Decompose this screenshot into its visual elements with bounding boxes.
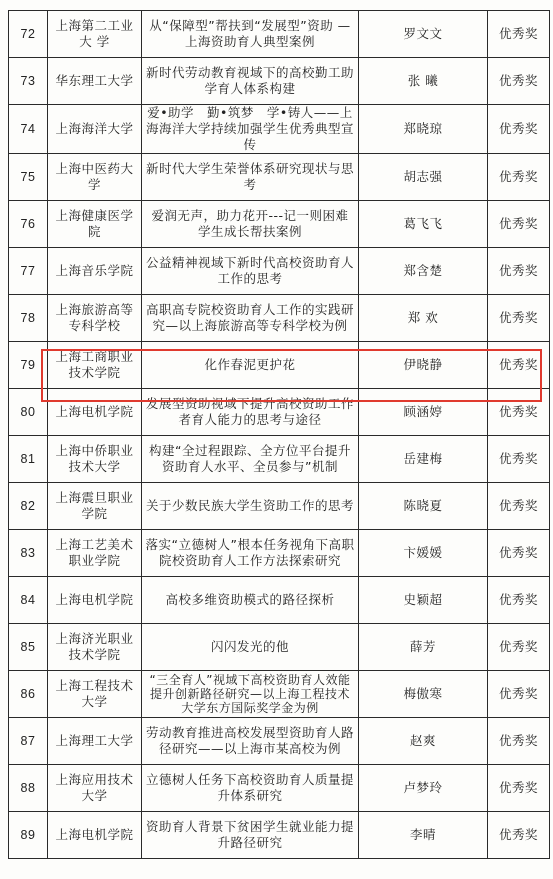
author-name: 李晴: [359, 812, 488, 859]
paper-title: 新时代大学生荣誉体系研究现状与思考: [142, 154, 359, 201]
table-row: 77 上海音乐学院 公益精神视域下新时代高校资助育人工作的思考 郑含楚 优秀奖: [9, 248, 550, 295]
table-row: 83 上海工艺美术职业学院 落实“立德树人”根本任务视角下高职院校资助育人工作方…: [9, 530, 550, 577]
author-name: 郑晓琼: [359, 105, 488, 154]
table-row: 78 上海旅游高等专科学校 高职高专院校资助育人工作的实践研究—以上海旅游高等专…: [9, 295, 550, 342]
award-list-table: 72 上海第二工业大 学 从“保障型”帮扶到“发展型”资助 — 上海资助育人典型…: [8, 10, 550, 859]
school-name: 上海电机学院: [48, 577, 142, 624]
award-level: 优秀奖: [488, 105, 550, 154]
paper-title: “三全育人”视域下高校资助育人效能提升创新路径研究—以上海工程技术大学东方国际奖…: [142, 671, 359, 718]
paper-title: 从“保障型”帮扶到“发展型”资助 — 上海资助育人典型案例: [142, 11, 359, 58]
paper-title: 化作春泥更护花: [142, 342, 359, 389]
award-level: 优秀奖: [488, 671, 550, 718]
row-number: 83: [9, 530, 48, 577]
paper-title: 劳动教育推进高校发展型资助育人路径研究——以上海市某高校为例: [142, 718, 359, 765]
table-row: 87 上海理工大学 劳动教育推进高校发展型资助育人路径研究——以上海市某高校为例…: [9, 718, 550, 765]
author-name: 薛芳: [359, 624, 488, 671]
author-name: 郑 欢: [359, 295, 488, 342]
row-number: 84: [9, 577, 48, 624]
author-name: 葛飞飞: [359, 201, 488, 248]
paper-title: 资助育人背景下贫困学生就业能力提升路径研究: [142, 812, 359, 859]
row-number: 82: [9, 483, 48, 530]
table-row: 84 上海电机学院 高校多维资助模式的路径探析 史颖超 优秀奖: [9, 577, 550, 624]
author-name: 赵爽: [359, 718, 488, 765]
award-level: 优秀奖: [488, 577, 550, 624]
school-name: 上海工程技术大学: [48, 671, 142, 718]
row-number: 89: [9, 812, 48, 859]
school-name: 上海第二工业大 学: [48, 11, 142, 58]
award-level: 优秀奖: [488, 718, 550, 765]
school-name: 华东理工大学: [48, 58, 142, 105]
author-name: 岳建梅: [359, 436, 488, 483]
row-number: 80: [9, 389, 48, 436]
paper-title: 新时代劳动教育视域下的高校勤工助学育人体系构建: [142, 58, 359, 105]
award-level: 优秀奖: [488, 248, 550, 295]
author-name: 卢梦玲: [359, 765, 488, 812]
author-name: 郑含楚: [359, 248, 488, 295]
award-level: 优秀奖: [488, 201, 550, 248]
school-name: 上海中侨职业技术大学: [48, 436, 142, 483]
school-name: 上海海洋大学: [48, 105, 142, 154]
row-number: 72: [9, 11, 48, 58]
paper-title: 落实“立德树人”根本任务视角下高职院校资助育人工作方法探索研究: [142, 530, 359, 577]
school-name: 上海中医药大学: [48, 154, 142, 201]
award-level: 优秀奖: [488, 436, 550, 483]
award-level: 优秀奖: [488, 812, 550, 859]
row-number: 81: [9, 436, 48, 483]
row-number: 87: [9, 718, 48, 765]
author-name: 张 曦: [359, 58, 488, 105]
scanned-document-page: 72 上海第二工业大 学 从“保障型”帮扶到“发展型”资助 — 上海资助育人典型…: [0, 0, 553, 879]
row-number: 77: [9, 248, 48, 295]
author-name: 伊晓静: [359, 342, 488, 389]
paper-title: 公益精神视域下新时代高校资助育人工作的思考: [142, 248, 359, 295]
row-number: 78: [9, 295, 48, 342]
author-name: 梅傲寒: [359, 671, 488, 718]
award-level: 优秀奖: [488, 624, 550, 671]
author-name: 罗文文: [359, 11, 488, 58]
school-name: 上海工艺美术职业学院: [48, 530, 142, 577]
author-name: 史颖超: [359, 577, 488, 624]
table-row: 81 上海中侨职业技术大学 构建“全过程跟踪、全方位平台提升资助育人水平、全员参…: [9, 436, 550, 483]
award-level: 优秀奖: [488, 11, 550, 58]
school-name: 上海工商职业技术学院: [48, 342, 142, 389]
paper-title: 高校多维资助模式的路径探析: [142, 577, 359, 624]
paper-title: 高职高专院校资助育人工作的实践研究—以上海旅游高等专科学校为例: [142, 295, 359, 342]
table-row: 88 上海应用技术大学 立德树人任务下高校资助育人质量提升体系研究 卢梦玲 优秀…: [9, 765, 550, 812]
row-number: 76: [9, 201, 48, 248]
table-row-highlighted: 79 上海工商职业技术学院 化作春泥更护花 伊晓静 优秀奖: [9, 342, 550, 389]
school-name: 上海健康医学院: [48, 201, 142, 248]
paper-title: 爱•助学 勤•筑梦 学•铸人——上海海洋大学持续加强学生优秀典型宣传: [142, 105, 359, 154]
table-row: 86 上海工程技术大学 “三全育人”视域下高校资助育人效能提升创新路径研究—以上…: [9, 671, 550, 718]
award-level: 优秀奖: [488, 154, 550, 201]
paper-title: 闪闪发光的他: [142, 624, 359, 671]
table-row: 80 上海电机学院 发展型资助视域下提升高校资助工作者育人能力的思考与途径 顾涵…: [9, 389, 550, 436]
award-level: 优秀奖: [488, 295, 550, 342]
row-number: 74: [9, 105, 48, 154]
author-name: 卞媛媛: [359, 530, 488, 577]
row-number: 73: [9, 58, 48, 105]
row-number: 79: [9, 342, 48, 389]
award-level: 优秀奖: [488, 530, 550, 577]
table-row: 75 上海中医药大学 新时代大学生荣誉体系研究现状与思考 胡志强 优秀奖: [9, 154, 550, 201]
table-row: 73 华东理工大学 新时代劳动教育视域下的高校勤工助学育人体系构建 张 曦 优秀…: [9, 58, 550, 105]
paper-title: 构建“全过程跟踪、全方位平台提升资助育人水平、全员参与”机制: [142, 436, 359, 483]
award-level: 优秀奖: [488, 342, 550, 389]
author-name: 顾涵婷: [359, 389, 488, 436]
table-row: 82 上海震旦职业学院 关于少数民族大学生资助工作的思考 陈晓夏 优秀奖: [9, 483, 550, 530]
author-name: 胡志强: [359, 154, 488, 201]
paper-title: 发展型资助视域下提升高校资助工作者育人能力的思考与途径: [142, 389, 359, 436]
school-name: 上海理工大学: [48, 718, 142, 765]
paper-title: 爱润无声，助力花开---记一则困难学生成长帮扶案例: [142, 201, 359, 248]
award-level: 优秀奖: [488, 765, 550, 812]
table-row: 89 上海电机学院 资助育人背景下贫困学生就业能力提升路径研究 李晴 优秀奖: [9, 812, 550, 859]
row-number: 86: [9, 671, 48, 718]
award-level: 优秀奖: [488, 389, 550, 436]
school-name: 上海音乐学院: [48, 248, 142, 295]
award-level: 优秀奖: [488, 58, 550, 105]
row-number: 88: [9, 765, 48, 812]
school-name: 上海电机学院: [48, 389, 142, 436]
table-row: 85 上海济光职业技术学院 闪闪发光的他 薛芳 优秀奖: [9, 624, 550, 671]
award-level: 优秀奖: [488, 483, 550, 530]
paper-title: 立德树人任务下高校资助育人质量提升体系研究: [142, 765, 359, 812]
school-name: 上海旅游高等专科学校: [48, 295, 142, 342]
paper-title: 关于少数民族大学生资助工作的思考: [142, 483, 359, 530]
table-row: 72 上海第二工业大 学 从“保障型”帮扶到“发展型”资助 — 上海资助育人典型…: [9, 11, 550, 58]
school-name: 上海济光职业技术学院: [48, 624, 142, 671]
table-row: 76 上海健康医学院 爱润无声，助力花开---记一则困难学生成长帮扶案例 葛飞飞…: [9, 201, 550, 248]
school-name: 上海应用技术大学: [48, 765, 142, 812]
row-number: 75: [9, 154, 48, 201]
author-name: 陈晓夏: [359, 483, 488, 530]
table-row: 74 上海海洋大学 爱•助学 勤•筑梦 学•铸人——上海海洋大学持续加强学生优秀…: [9, 105, 550, 154]
school-name: 上海电机学院: [48, 812, 142, 859]
row-number: 85: [9, 624, 48, 671]
school-name: 上海震旦职业学院: [48, 483, 142, 530]
